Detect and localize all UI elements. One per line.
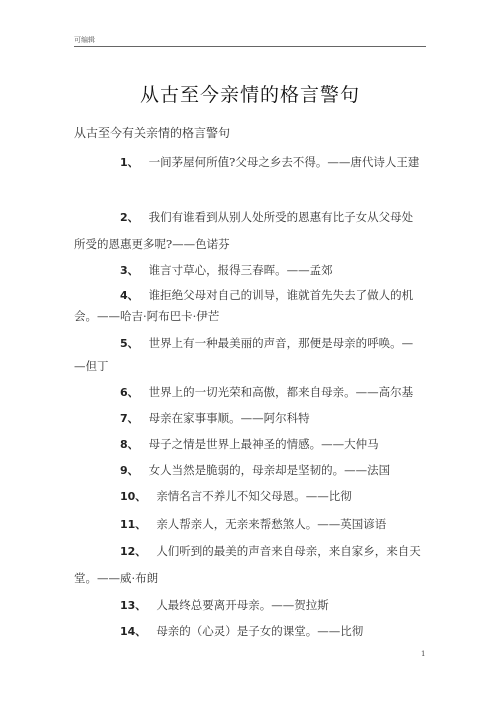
document-subtitle: 从古至今有关亲情的格言警句 (74, 124, 230, 141)
item-number: 7、 (120, 412, 139, 425)
item-text: 亲情名言不养儿不知父母恩。——比彻 (156, 489, 352, 503)
item-text: 我们有谁看到从别人处所受的恩惠有比子女从父母处 (149, 210, 414, 224)
document-title: 从古至今亲情的格言警句 (0, 80, 500, 107)
item-text: 世界上的一切光荣和高傲，都来自母亲。——高尔基 (149, 385, 414, 399)
quote-item-6: 6、世界上的一切光荣和高傲，都来自母亲。——高尔基 (120, 384, 413, 400)
quote-item-2-cont: 所受的恩惠更多呢?——色诺芬 (74, 236, 230, 252)
item-number: 9、 (120, 464, 139, 477)
quote-item-12-cont: 堂。——威·布朗 (74, 570, 158, 586)
quote-item-8: 8、母子之情是世界上最神圣的情感。——大仲马 (120, 436, 379, 452)
quote-item-4-cont: 会。——哈吉·阿布巴卡·伊芒 (74, 308, 219, 324)
item-number: 12、 (120, 545, 146, 558)
item-number: 2、 (120, 211, 139, 224)
header-label: 可编辑 (74, 36, 95, 44)
quote-item-9: 9、女人当然是脆弱的，母亲却是坚韧的。——法国 (120, 462, 390, 478)
item-text: 世界上有一种最美丽的声音，那便是母亲的呼唤。— (149, 336, 414, 350)
item-text: 一间茅屋何所值?父母之乡去不得。——唐代诗人王建 (149, 155, 420, 169)
quote-item-7: 7、母亲在家事事顺。——阿尔科特 (120, 410, 310, 426)
quote-item-10: 10、亲情名言不养儿不知父母恩。——比彻 (120, 488, 352, 504)
item-text: 母亲在家事事顺。——阿尔科特 (149, 411, 310, 425)
quote-item-12: 12、人们听到的最美的声音来自母亲，来自家乡，来自天 (120, 543, 421, 559)
quote-item-4: 4、谁拒绝父母对自己的训导，谁就首先失去了做人的机 (120, 287, 413, 303)
quote-item-3: 3、谁言寸草心，报得三春晖。——孟郊 (120, 262, 333, 278)
quote-item-2: 2、我们有谁看到从别人处所受的恩惠有比子女从父母处 (120, 209, 413, 225)
item-text: 人们听到的最美的声音来自母亲，来自家乡，来自天 (156, 544, 421, 558)
page-header: 可编辑 (74, 36, 426, 47)
item-text: 母亲的（心灵）是子女的课堂。——比彻 (156, 624, 363, 638)
item-number: 14、 (120, 625, 146, 638)
item-number: 3、 (120, 264, 139, 277)
item-number: 11、 (120, 518, 146, 531)
quote-item-1: 1、一间茅屋何所值?父母之乡去不得。——唐代诗人王建 (120, 154, 419, 170)
quote-item-5-cont: —但丁 (74, 358, 109, 374)
quote-item-11: 11、亲人帮亲人，无亲来帮愁煞人。——英国谚语 (120, 516, 386, 532)
item-number: 4、 (120, 289, 139, 302)
item-text: 人最终总要离开母亲。——贺拉斯 (156, 598, 329, 612)
item-number: 13、 (120, 599, 146, 612)
item-text: 谁言寸草心，报得三春晖。——孟郊 (149, 263, 333, 277)
quote-item-14: 14、母亲的（心灵）是子女的课堂。——比彻 (120, 623, 363, 639)
item-text: 谁拒绝父母对自己的训导，谁就首先失去了做人的机 (149, 288, 414, 302)
quote-item-5: 5、世界上有一种最美丽的声音，那便是母亲的呼唤。— (120, 335, 413, 351)
item-number: 6、 (120, 386, 139, 399)
item-text: 母子之情是世界上最神圣的情感。——大仲马 (149, 437, 379, 451)
quote-item-13: 13、人最终总要离开母亲。——贺拉斯 (120, 597, 329, 613)
item-text: 女人当然是脆弱的，母亲却是坚韧的。——法国 (149, 463, 391, 477)
item-text: 亲人帮亲人，无亲来帮愁煞人。——英国谚语 (156, 517, 386, 531)
item-number: 10、 (120, 490, 146, 503)
page-number: 1 (421, 650, 425, 658)
item-number: 1、 (120, 156, 139, 169)
item-number: 5、 (120, 337, 139, 350)
item-number: 8、 (120, 438, 139, 451)
